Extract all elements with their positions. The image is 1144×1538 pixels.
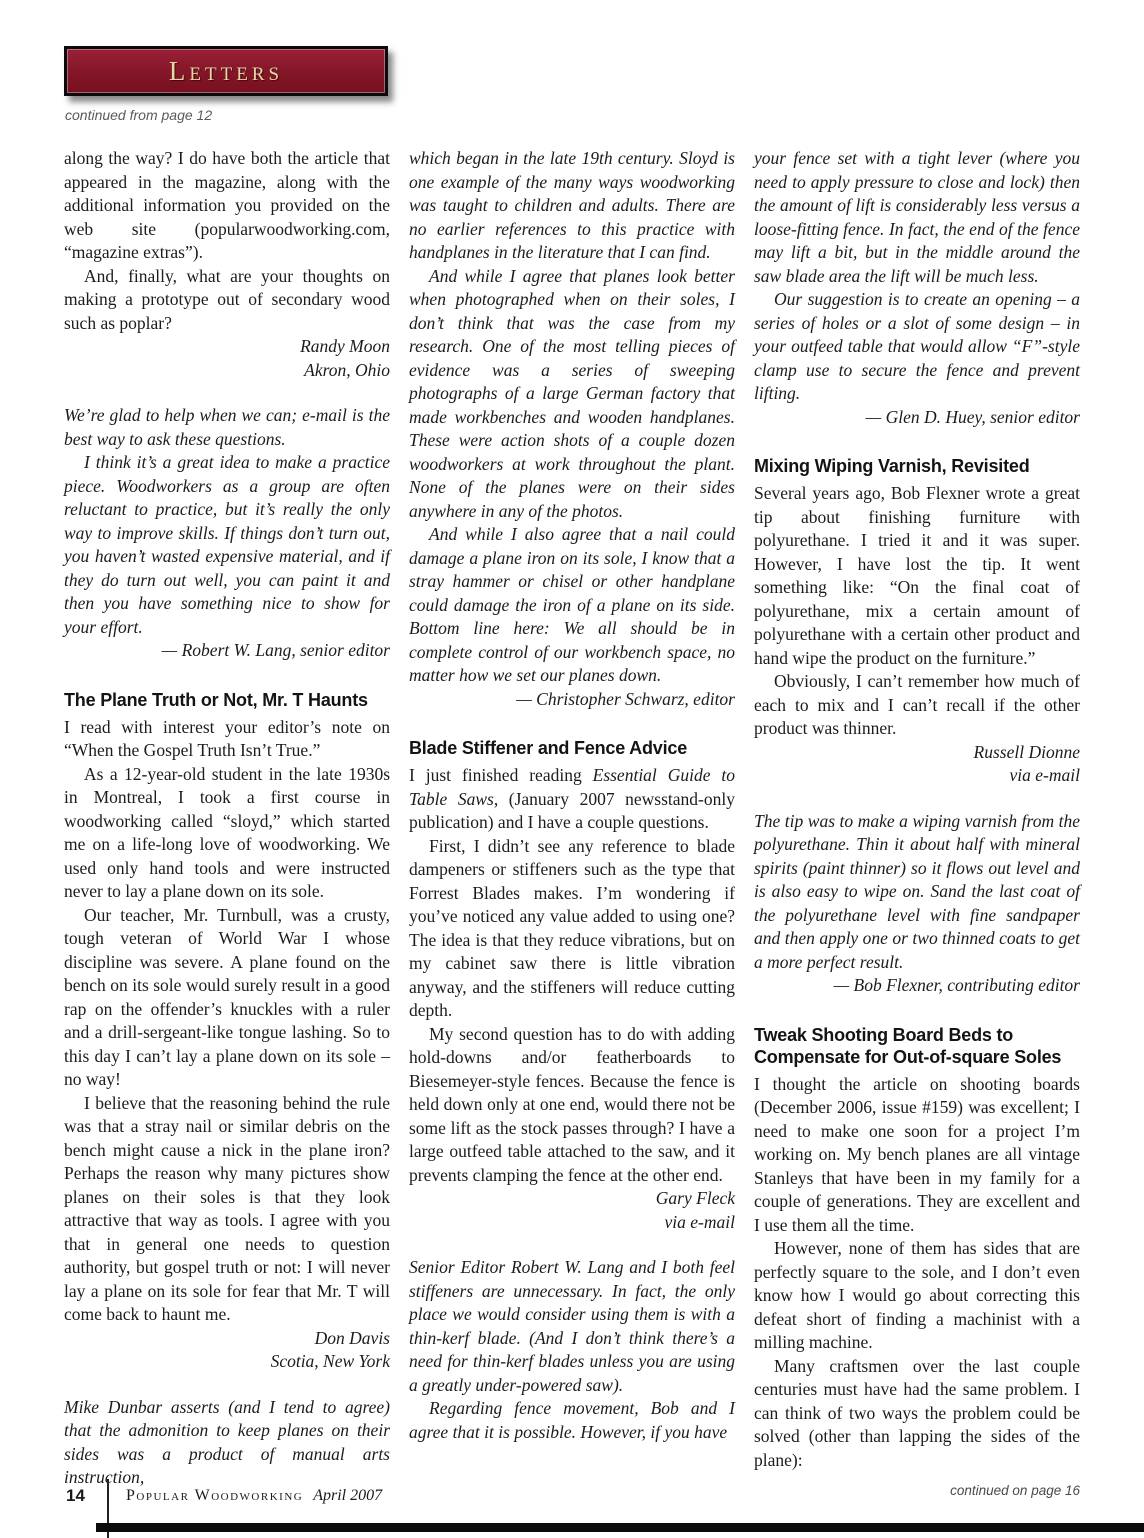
letter-paragraph: Our teacher, Mr. Turnbull, was a crusty,… bbox=[64, 904, 390, 1092]
editor-reply-paragraph: The tip was to make a wiping varnish fro… bbox=[754, 810, 1080, 975]
section-title: Letters bbox=[169, 56, 283, 87]
editor-signature: — Christopher Schwarz, editor bbox=[409, 688, 735, 712]
section-heading: Mixing Wiping Varnish, Revisited bbox=[754, 455, 1080, 477]
column-left: along the way? I do have both the articl… bbox=[64, 147, 390, 1490]
page-number: 14 bbox=[66, 1486, 85, 1506]
letter-signature-location: via e-mail bbox=[409, 1211, 735, 1235]
editor-reply-paragraph: We’re glad to help when we can; e-mail i… bbox=[64, 404, 390, 451]
letter-signature-location: Scotia, New York bbox=[64, 1350, 390, 1374]
editor-signature: — Glen D. Huey, senior editor bbox=[754, 406, 1080, 430]
letter-paragraph: Several years ago, Bob Flexner wrote a g… bbox=[754, 482, 1080, 670]
letter-paragraph: I thought the article on shooting boards… bbox=[754, 1073, 1080, 1238]
letter-paragraph: along the way? I do have both the articl… bbox=[64, 147, 390, 265]
letter-paragraph: I believe that the reasoning behind the … bbox=[64, 1092, 390, 1327]
editor-reply-paragraph: your fence set with a tight lever (where… bbox=[754, 147, 1080, 288]
letters-banner: Letters bbox=[64, 46, 388, 96]
letter-paragraph: Many craftsmen over the last couple cent… bbox=[754, 1355, 1080, 1473]
editor-reply-paragraph: And while I agree that planes look bette… bbox=[409, 265, 735, 524]
editor-reply-paragraph: Mike Dunbar asserts (and I tend to agree… bbox=[64, 1396, 390, 1490]
editor-signature: — Robert W. Lang, senior editor bbox=[64, 639, 390, 663]
letter-signature-location: via e-mail bbox=[754, 764, 1080, 788]
letter-paragraph: Obviously, I can’t remember how much of … bbox=[754, 670, 1080, 741]
continued-on-note: continued on page 16 bbox=[754, 1479, 1080, 1503]
magazine-title: Popular Woodworking bbox=[126, 1487, 303, 1504]
editor-reply-paragraph: And while I also agree that a nail could… bbox=[409, 523, 735, 688]
letter-signature-name: Gary Fleck bbox=[409, 1187, 735, 1211]
letter-paragraph: I just finished reading Essential Guide … bbox=[409, 764, 735, 835]
editor-reply-paragraph: Regarding fence movement, Bob and I agre… bbox=[409, 1397, 735, 1444]
letter-signature-name: Randy Moon bbox=[64, 335, 390, 359]
page-bottom-bar bbox=[96, 1523, 1144, 1532]
section-heading: Blade Stiffener and Fence Advice bbox=[409, 737, 735, 759]
letter-paragraph: And, finally, what are your thoughts on … bbox=[64, 265, 390, 336]
letter-paragraph: As a 12-year-old student in the late 193… bbox=[64, 763, 390, 904]
continued-from-note: continued from page 12 bbox=[65, 107, 212, 123]
issue-date: April 2007 bbox=[313, 1487, 382, 1504]
letter-signature-name: Don Davis bbox=[64, 1327, 390, 1351]
section-heading: The Plane Truth or Not, Mr. T Haunts bbox=[64, 689, 390, 711]
section-heading: Tweak Shooting Board Beds to Compensate … bbox=[754, 1024, 1080, 1068]
column-middle: which began in the late 19th century. Sl… bbox=[409, 147, 735, 1444]
editor-reply-paragraph: Senior Editor Robert W. Lang and I both … bbox=[409, 1256, 735, 1397]
letter-paragraph: I read with interest your editor’s note … bbox=[64, 716, 390, 763]
column-right: your fence set with a tight lever (where… bbox=[754, 147, 1080, 1503]
footer-magazine-line: Popular WoodworkingApril 2007 bbox=[126, 1487, 382, 1505]
editor-reply-paragraph: I think it’s a great idea to make a prac… bbox=[64, 451, 390, 639]
letter-paragraph: First, I didn’t see any reference to bla… bbox=[409, 835, 735, 1023]
editor-reply-paragraph: which began in the late 19th century. Sl… bbox=[409, 147, 735, 265]
editor-signature: — Bob Flexner, contributing editor bbox=[754, 974, 1080, 998]
letter-paragraph: However, none of them has sides that are… bbox=[754, 1237, 1080, 1355]
letter-signature-location: Akron, Ohio bbox=[64, 359, 390, 383]
letter-paragraph: My second question has to do with adding… bbox=[409, 1023, 735, 1188]
editor-reply-paragraph: Our suggestion is to create an opening –… bbox=[754, 288, 1080, 406]
letter-signature-name: Russell Dionne bbox=[754, 741, 1080, 765]
